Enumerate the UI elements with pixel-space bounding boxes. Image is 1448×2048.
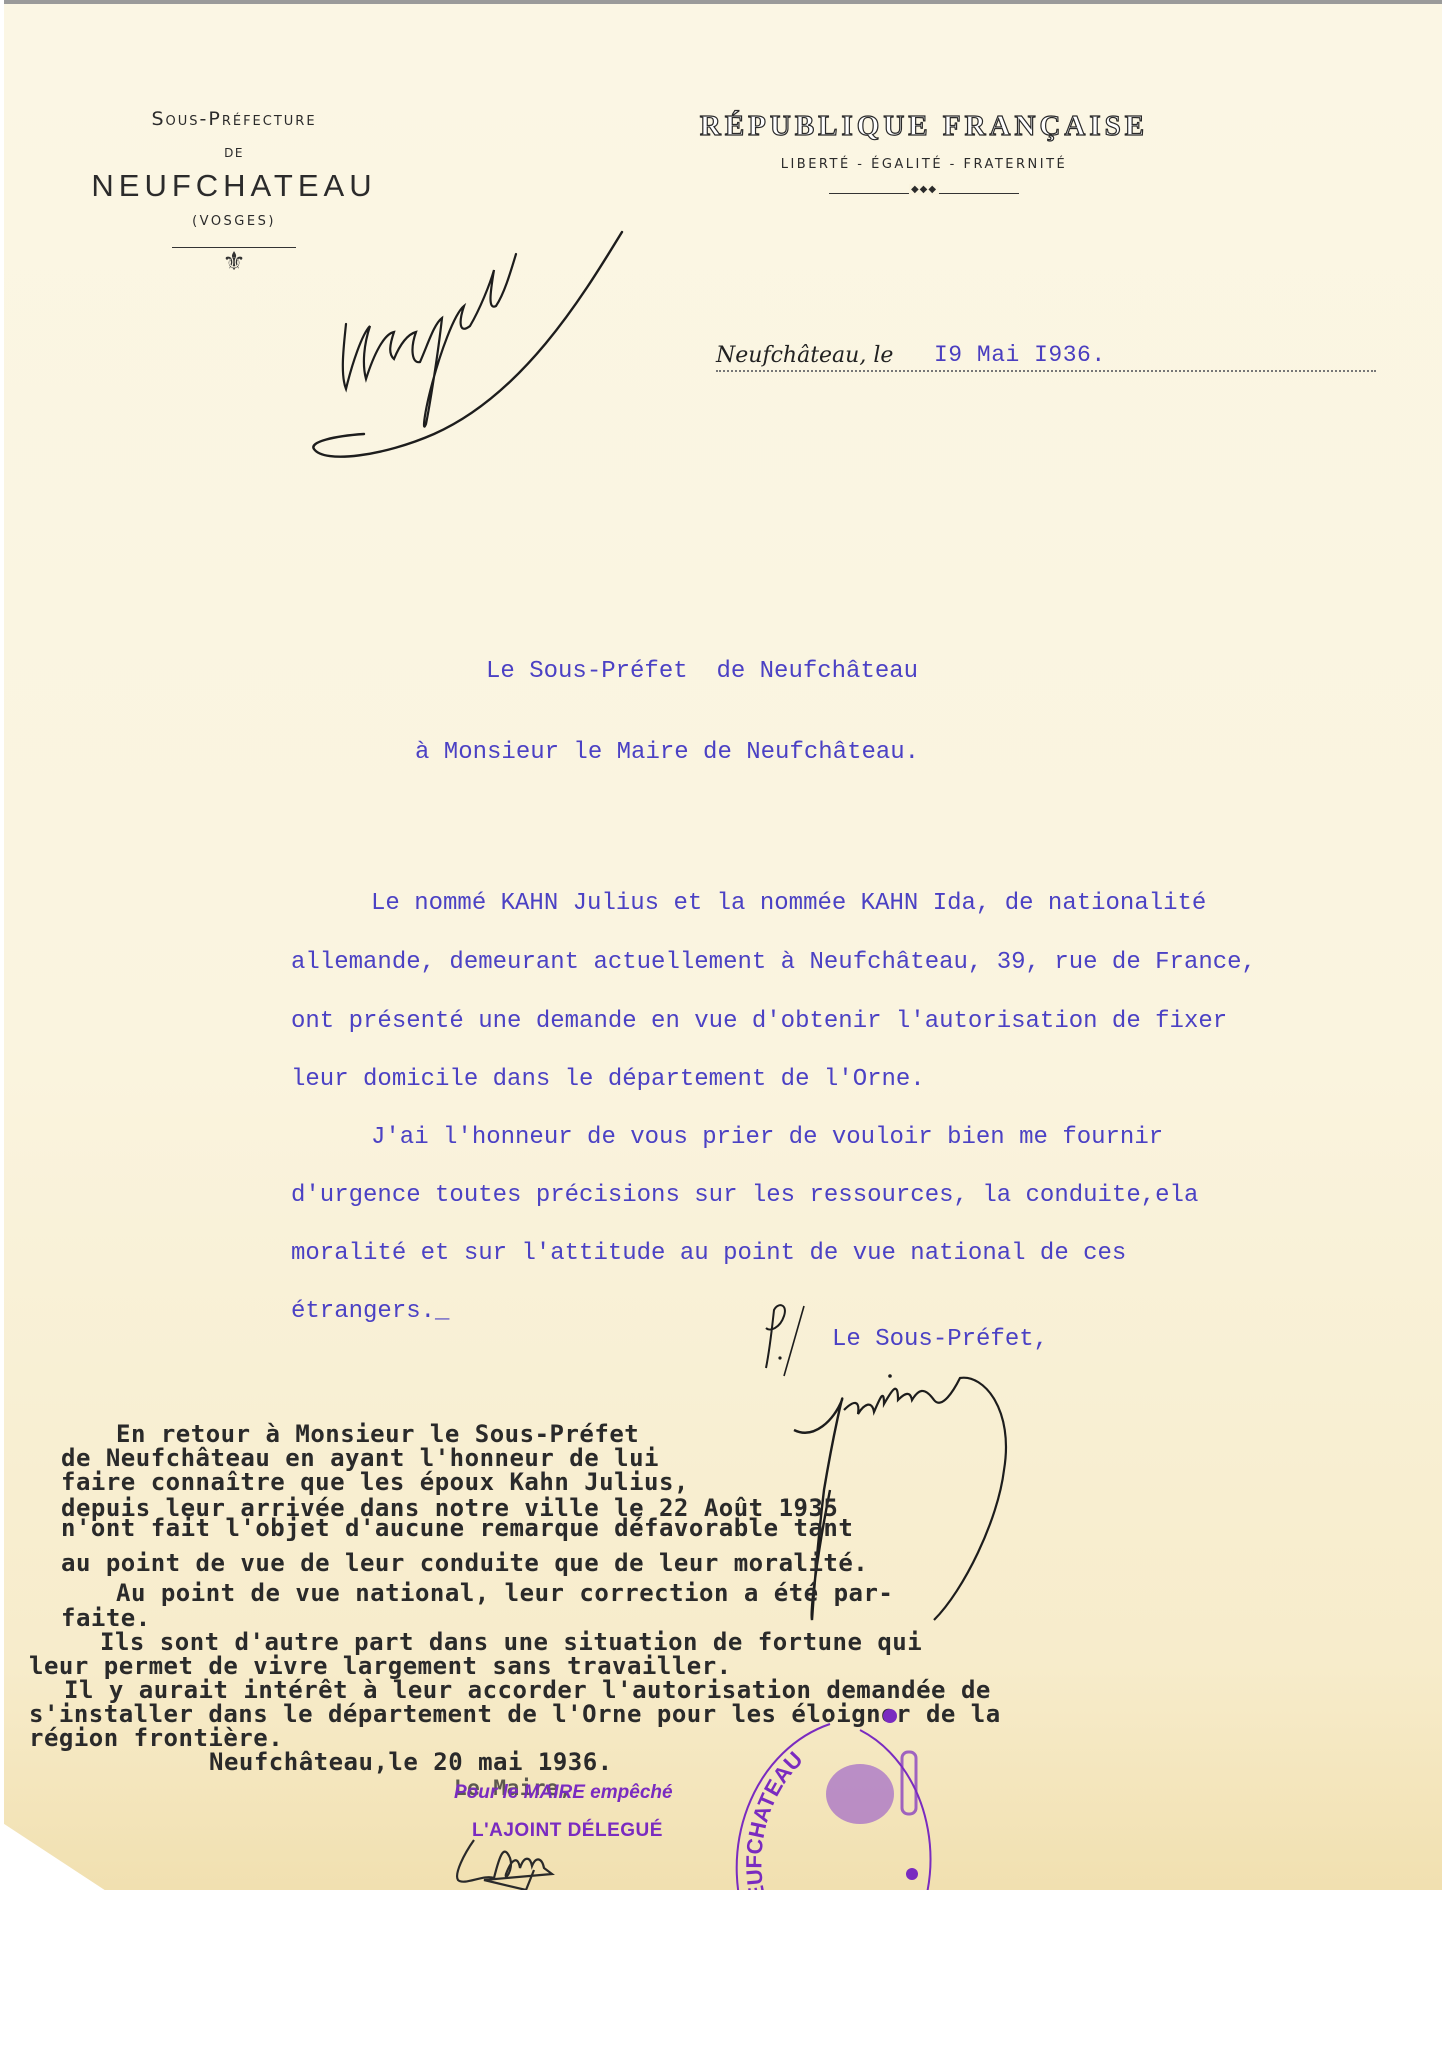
letterhead-de: DE <box>64 146 404 160</box>
svg-text:NEUFCHATEAU: NEUFCHATEAU <box>741 1747 807 1920</box>
per-procuration-mark: P./ <box>752 1298 812 1378</box>
national-motto: LIBERTÉ - ÉGALITÉ - FRATERNITÉ <box>604 157 1244 172</box>
letter-body-line: Le nommé KAHN Julius et la nommée KAHN I… <box>371 890 1206 917</box>
adjoint-signature: L Duyon <box>444 1834 574 1894</box>
letter-body-line: étrangers._ <box>291 1298 449 1325</box>
letterhead-neufchateau: NEUFCHATEAU <box>64 168 404 204</box>
urgent-handwritten-annotation: Urgent <box>304 214 634 464</box>
letter-body-line: leur domicile dans le département de l'O… <box>291 1066 925 1093</box>
letter-paper: Sous-Préfecture DE NEUFCHATEAU (VOSGES) … <box>4 0 1442 1890</box>
reply-line: Ils sont d'autre part dans une situation… <box>100 1630 922 1654</box>
dateline-date: I9 Mai I936. <box>934 342 1106 368</box>
dateline: Neufchâteau, le I9 Mai I936. <box>716 336 1376 372</box>
letterhead-right: RÉPUBLIQUE FRANÇAISE LIBERTÉ - ÉGALITÉ -… <box>604 110 1244 198</box>
reply-line: En retour à Monsieur le Sous-Préfet <box>116 1422 639 1446</box>
letter-sender: Le Sous-Préfet de Neufchâteau <box>486 658 918 685</box>
motto-divider: ◆◆◆ <box>829 188 1019 198</box>
ornament-divider: ⚜ <box>172 243 296 291</box>
diamond-dots-icon: ◆◆◆ <box>909 184 939 195</box>
reply-line: n'ont fait l'objet d'aucune remarque déf… <box>61 1516 853 1540</box>
letter-body-line: ont présenté une demande en vue d'obteni… <box>291 1008 1227 1035</box>
letter-body-line: d'urgence toutes précisions sur les ress… <box>291 1182 1198 1209</box>
signoff-title: Le Sous-Préfet, <box>832 1326 1048 1353</box>
letter-recipient: à Monsieur le Maire de Neufchâteau. <box>415 739 919 766</box>
reply-line: faite. <box>61 1606 151 1630</box>
neufchateau-municipal-seal: NEUFCHATEAU <box>710 1704 950 2004</box>
reply-line: leur permet de vivre largement sans trav… <box>29 1654 732 1678</box>
reply-line: Il y aurait intérêt à leur accorder l'au… <box>64 1678 991 1702</box>
dateline-place: Neufchâteau, le <box>716 343 893 368</box>
letter-body-line: J'ai l'honneur de vous prier de vouloir … <box>371 1124 1163 1151</box>
stamp-pour-le-maire: Pour le MAIRE empêché <box>454 1782 673 1804</box>
reply-line: au point de vue de leur conduite que de … <box>61 1551 868 1575</box>
republique-francaise-title: RÉPUBLIQUE FRANÇAISE <box>604 110 1244 143</box>
letter-body-line: moralité et sur l'attitude au point de v… <box>291 1240 1126 1267</box>
reply-date: Neufchâteau,le 20 mai 1936. <box>209 1750 613 1774</box>
reply-line: de Neufchâteau en ayant l'honneur de lui <box>61 1446 659 1470</box>
reply-line: Au point de vue national, leur correctio… <box>116 1581 893 1605</box>
letter-body-line: allemande, demeurant actuellement à Neuf… <box>291 949 1256 976</box>
fleur-ornament-icon: ⚜ <box>222 249 245 275</box>
reply-line: faire connaître que les époux Kahn Juliu… <box>61 1470 689 1494</box>
reply-line: région frontière. <box>29 1726 283 1750</box>
letterhead-sous-prefecture: Sous-Préfecture <box>64 108 404 130</box>
